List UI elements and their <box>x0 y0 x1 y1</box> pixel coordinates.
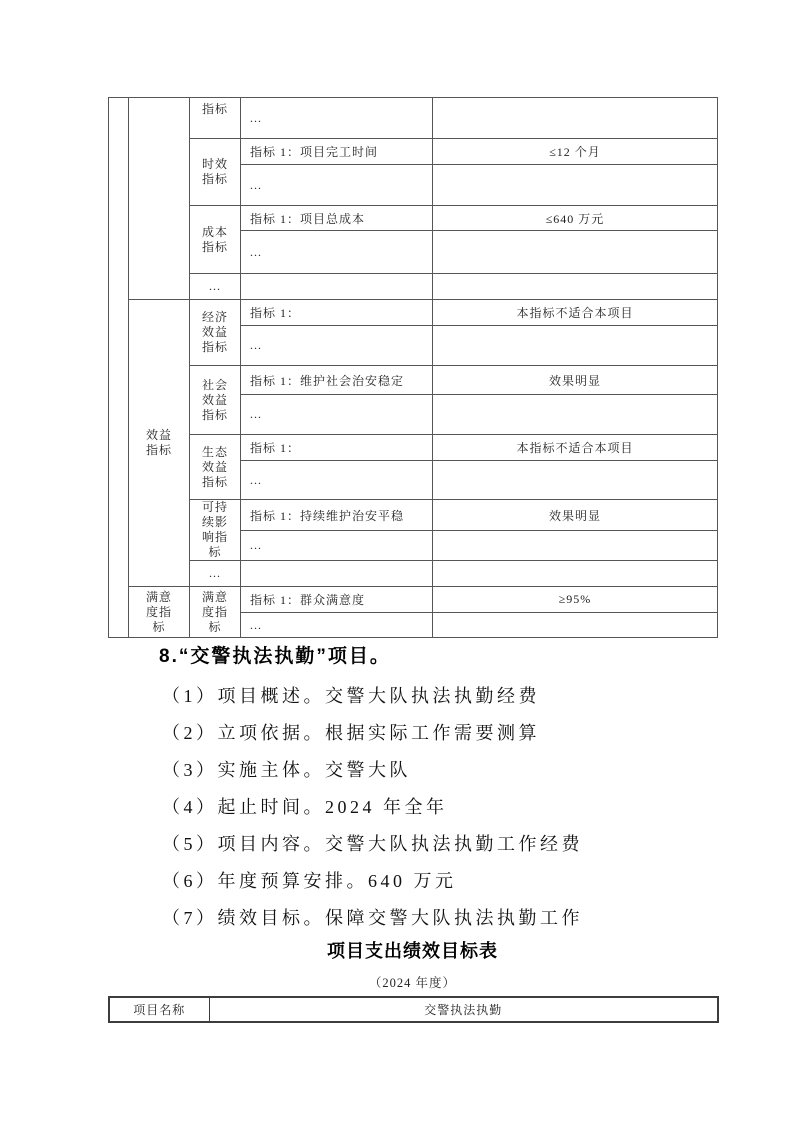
list-item: （3）实施主体。交警大队 <box>108 752 748 789</box>
target-cell-empty <box>433 165 718 206</box>
subcategory-label: 时效指标 <box>202 157 228 187</box>
subcategory-cell: 满意度指标 <box>190 587 241 638</box>
indicator-cell-empty <box>241 561 433 587</box>
subcategory-cell: 时效指标 <box>190 139 241 206</box>
subcategory-label: 生态效益指标 <box>202 445 228 490</box>
target-cell-empty <box>433 326 718 366</box>
target-cell: ≥95% <box>433 587 718 613</box>
indicator-cell: 指标 1：维护社会治安稳定 <box>241 366 433 395</box>
indicator-cell: ... <box>241 531 433 561</box>
category-cell-empty <box>129 98 190 300</box>
indicator-cell: ... <box>241 98 433 139</box>
list-item: （6）年度预算安排。640 万元 <box>108 863 748 900</box>
target-cell-empty <box>433 613 718 638</box>
target-cell-empty <box>433 531 718 561</box>
subcategory-label: 可持续影响指标 <box>202 500 228 560</box>
indicator-cell: ... <box>241 326 433 366</box>
indicator-cell: 指标 1： <box>241 435 433 461</box>
project-name-label-cell: 项目名称 <box>109 997 209 1022</box>
category-cell: 效益指标 <box>129 300 190 587</box>
table-row: 时效指标 指标 1：项目完工时间 ≤12 个月 <box>109 139 718 165</box>
subcategory-label: 成本指标 <box>202 225 228 255</box>
indicator-cell: ... <box>241 231 433 274</box>
document-page: 指标 ... 时效指标 指标 1：项目完工时间 ≤12 个月 ... 成本指标 … <box>0 0 793 1122</box>
subcategory-cell: ... <box>190 561 241 587</box>
target-cell-empty <box>433 98 718 139</box>
project-name-table: 项目名称 交警执法执勤 <box>108 996 719 1023</box>
table-row: 满意度指标 满意度指标 指标 1：群众满意度 ≥95% <box>109 587 718 613</box>
indicator-cell: 指标 1： <box>241 300 433 326</box>
target-cell: 本指标不适合本项目 <box>433 435 718 461</box>
target-cell-empty <box>433 561 718 587</box>
subcategory-label: 满意度指标 <box>202 590 228 635</box>
list-item: （4）起止时间。2024 年全年 <box>108 789 748 826</box>
category-cell: 满意度指标 <box>129 587 190 638</box>
target-cell-empty <box>433 274 718 300</box>
list-item: （2）立项依据。根据实际工作需要测算 <box>108 715 748 752</box>
subcategory-cell: 可持续影响指标 <box>190 500 241 561</box>
subcategory-label: 社会效益指标 <box>202 378 228 423</box>
table-row: 生态效益指标 指标 1： 本指标不适合本项目 <box>109 435 718 461</box>
subcategory-label: 经济效益指标 <box>202 310 228 355</box>
table-row: 可持续影响指标 指标 1：持续维护治安平稳 效果明显 <box>109 500 718 531</box>
indicator-cell: ... <box>241 461 433 500</box>
list-item: （1）项目概述。交警大队执法执勤经费 <box>108 678 748 715</box>
target-cell-empty <box>433 461 718 500</box>
table-row: 成本指标 指标 1：项目总成本 ≤640 万元 <box>109 206 718 231</box>
subcategory-cell: 指标 <box>190 98 241 139</box>
list-item: （5）项目内容。交警大队执法执勤工作经费 <box>108 826 748 863</box>
indicator-cell: ... <box>241 613 433 638</box>
table-row: 社会效益指标 指标 1：维护社会治安稳定 效果明显 <box>109 366 718 395</box>
subcategory-cell: 生态效益指标 <box>190 435 241 500</box>
subcategory-cell: 成本指标 <box>190 206 241 274</box>
target-cell: 效果明显 <box>433 366 718 395</box>
list-item: （7）绩效目标。保障交警大队执法执勤工作 <box>108 900 748 937</box>
target-cell: 效果明显 <box>433 500 718 531</box>
target-cell-empty <box>433 395 718 435</box>
subcategory-cell: ... <box>190 274 241 300</box>
table-row: 效益指标 经济效益指标 指标 1： 本指标不适合本项目 <box>109 300 718 326</box>
target-cell: 本指标不适合本项目 <box>433 300 718 326</box>
target-cell: ≤12 个月 <box>433 139 718 165</box>
project-name-value-cell: 交警执法执勤 <box>209 997 718 1022</box>
table-row: 指标 ... <box>109 98 718 139</box>
table-row: ... <box>109 561 718 587</box>
section-heading: 8.“交警执法执勤”项目。 <box>159 642 748 672</box>
subcategory-cell: 经济效益指标 <box>190 300 241 366</box>
category-label: 满意度指标 <box>146 590 172 635</box>
section-8: 8.“交警执法执勤”项目。 （1）项目概述。交警大队执法执勤经费 （2）立项依据… <box>108 642 748 937</box>
category-label: 效益指标 <box>146 428 172 458</box>
target-cell: ≤640 万元 <box>433 206 718 231</box>
indicator-cell: 指标 1：持续维护治安平稳 <box>241 500 433 531</box>
table-row: 项目名称 交警执法执勤 <box>109 997 718 1022</box>
indicator-cell: ... <box>241 395 433 435</box>
indicator-cell: 指标 1：项目完工时间 <box>241 139 433 165</box>
indicator-cell: ... <box>241 165 433 206</box>
table-row: ... <box>109 274 718 300</box>
indicator-cell: 指标 1：群众满意度 <box>241 587 433 613</box>
table-subtitle: （2024 年度） <box>108 975 717 991</box>
left-spacer-cell <box>109 98 129 638</box>
target-cell-empty <box>433 231 718 274</box>
indicator-cell-empty <box>241 274 433 300</box>
performance-indicators-table: 指标 ... 时效指标 指标 1：项目完工时间 ≤12 个月 ... 成本指标 … <box>108 97 718 638</box>
indicator-cell: 指标 1：项目总成本 <box>241 206 433 231</box>
table-title: 项目支出绩效目标表 <box>108 939 717 963</box>
subcategory-cell: 社会效益指标 <box>190 366 241 435</box>
